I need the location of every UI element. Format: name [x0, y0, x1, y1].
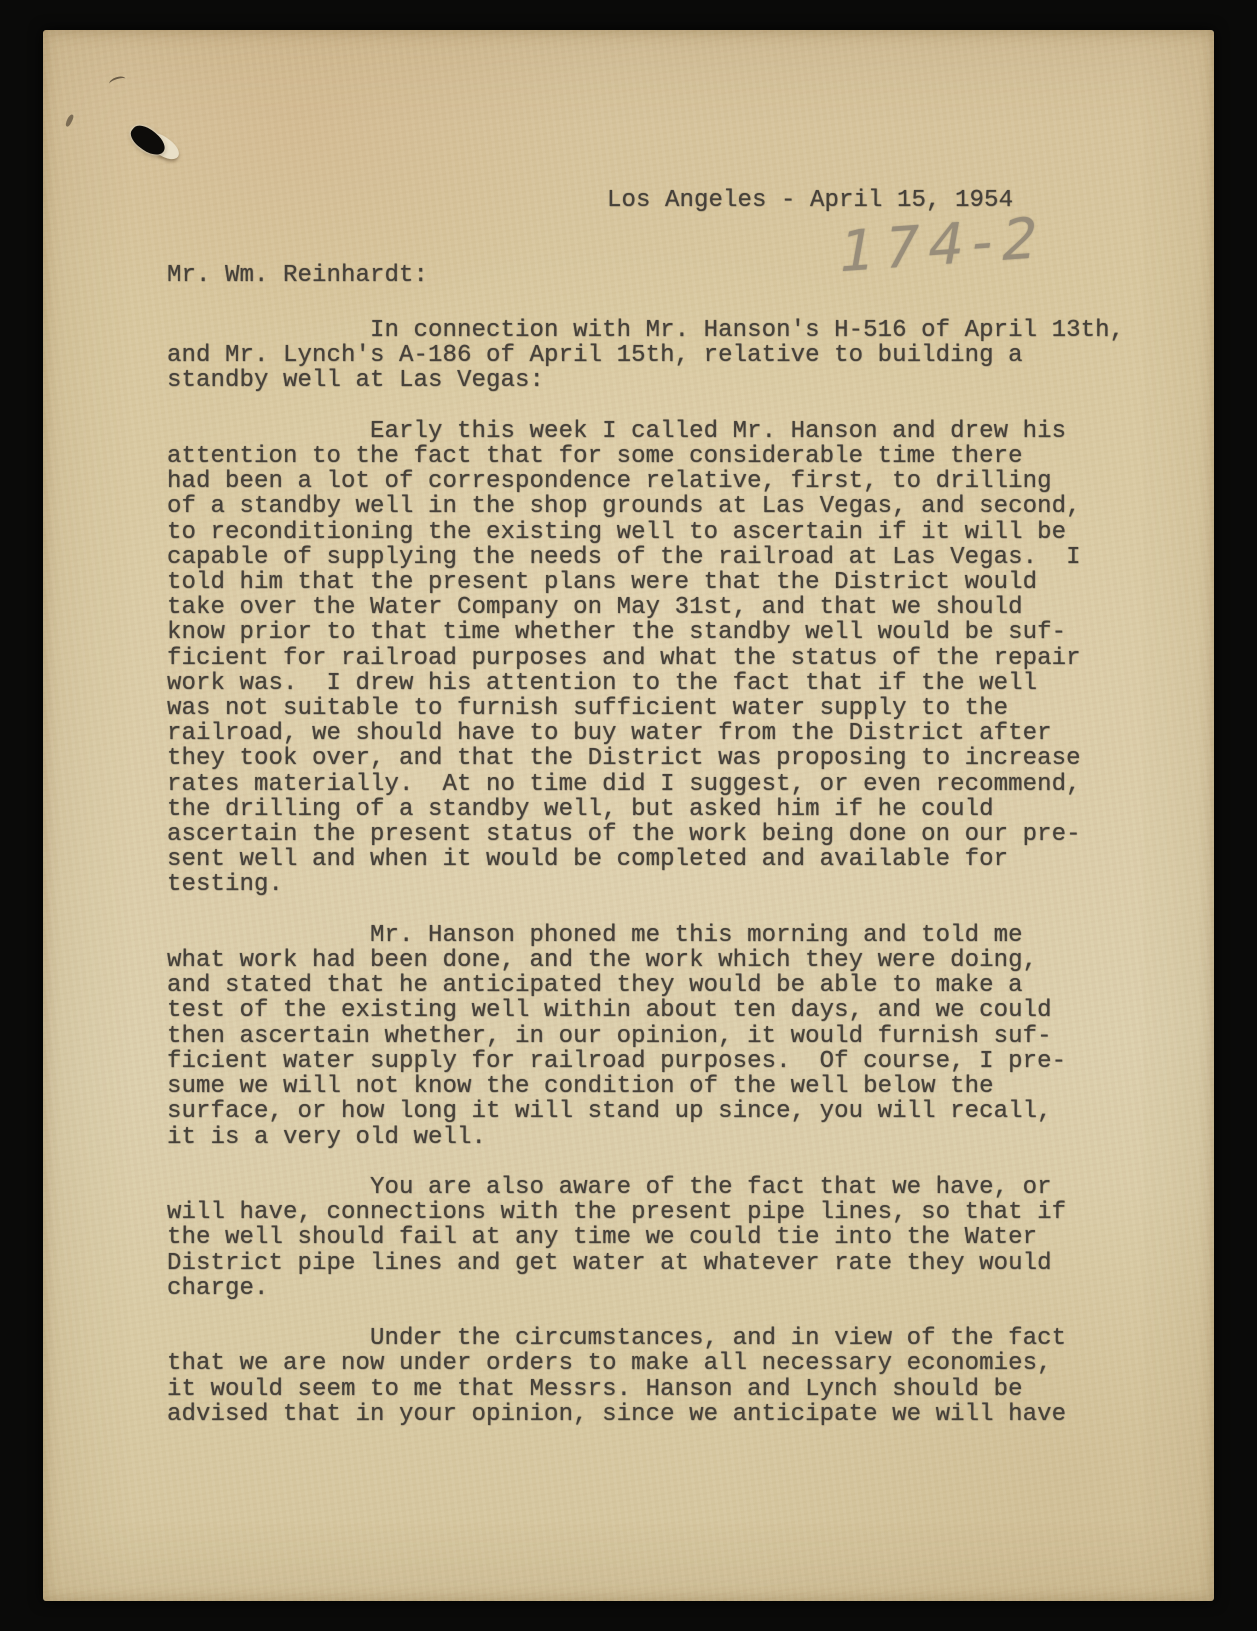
handwritten-note: 174-2: [833, 205, 1052, 285]
paper-scratch: [108, 75, 127, 89]
letter-text: In connection with Mr. Hanson's H-516 of…: [167, 318, 1124, 1427]
salutation: Mr. Wm. Reinhardt:: [167, 263, 428, 288]
document-page: Los Angeles - April 15, 1954 174-2 Mr. W…: [43, 30, 1214, 1601]
paper-scratch: [64, 114, 75, 128]
dateline: Los Angeles - April 15, 1954: [607, 188, 1013, 213]
scan-background: Los Angeles - April 15, 1954 174-2 Mr. W…: [0, 0, 1257, 1631]
